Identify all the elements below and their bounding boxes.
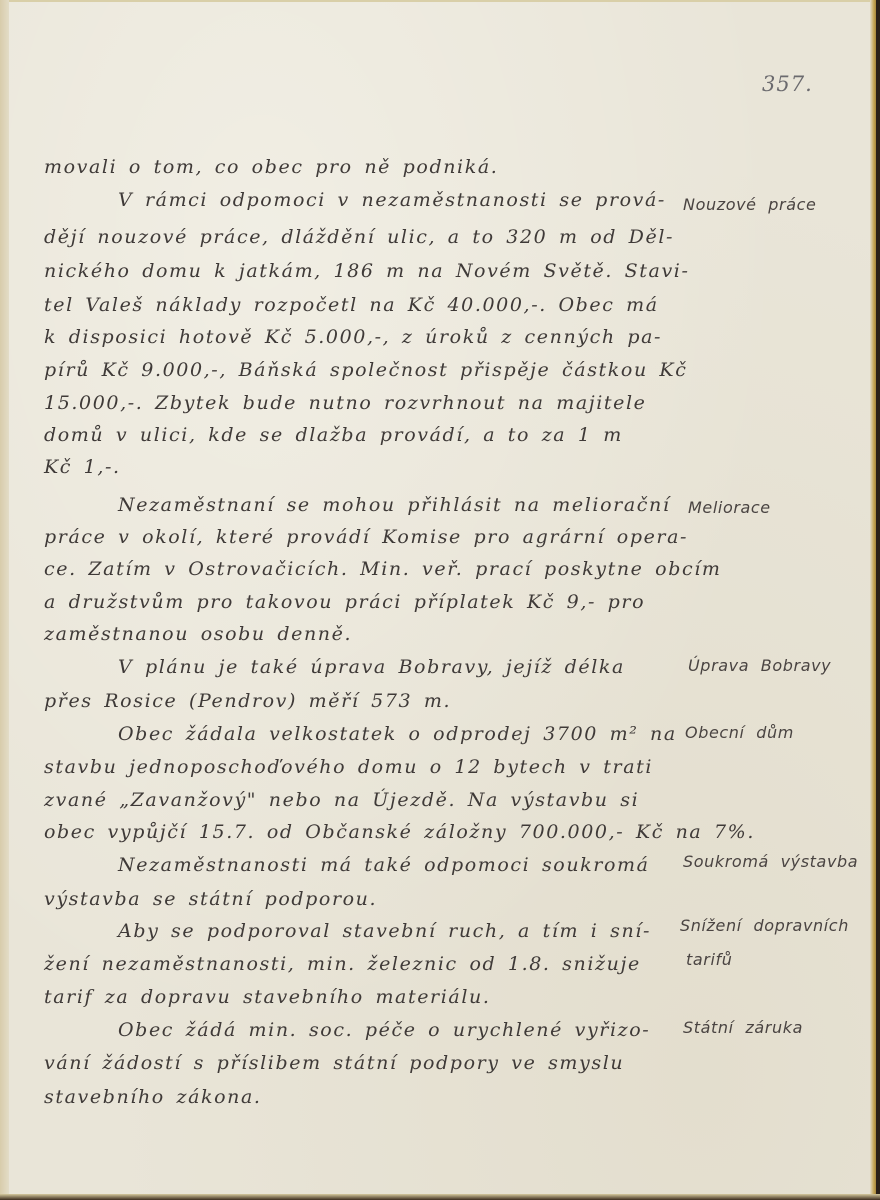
manuscript-line: nického domu k jatkám, 186 m na Novém Sv…	[44, 260, 690, 282]
manuscript-line: vání žádostí s příslibem státní podpory …	[44, 1052, 624, 1074]
page-bottom-edge	[0, 1194, 880, 1200]
manuscript-line: přes Rosice (Pendrov) měří 573 m.	[44, 690, 451, 712]
manuscript-line: zvané „Zavanžový" nebo na Újezdě. Na výs…	[44, 789, 639, 811]
manuscript-page: 357. movali o tom, co obec pro ně podnik…	[0, 0, 876, 1195]
margin-note: Obecní dům	[685, 723, 794, 742]
margin-note: Státní záruka	[683, 1018, 803, 1037]
page-left-edge	[0, 0, 9, 1195]
margin-note: Úprava Bobravy	[688, 656, 831, 675]
manuscript-line: stavbu jednoposchoďového domu o 12 bytec…	[44, 756, 653, 778]
manuscript-line: k disposici hotově Kč 5.000,-, z úroků z…	[44, 326, 662, 348]
manuscript-line: domů v ulici, kde se dlažba provádí, a t…	[44, 424, 623, 446]
manuscript-line: Aby se podporoval stavební ruch, a tím i…	[118, 920, 651, 942]
manuscript-line: Obec žádá min. soc. péče o urychlené vyř…	[118, 1019, 650, 1041]
manuscript-line: Nezaměstnaní se mohou přihlásit na melio…	[118, 494, 671, 516]
margin-note: Snížení dopravních	[680, 916, 849, 935]
manuscript-line: tarif za dopravu stavebního materiálu.	[44, 986, 491, 1008]
manuscript-line: práce v okolí, které provádí Komise pro …	[44, 526, 688, 548]
manuscript-line: movali o tom, co obec pro ně podniká.	[44, 156, 498, 178]
margin-note: Meliorace	[688, 498, 771, 517]
manuscript-line: žení nezaměstnanosti, min. železnic od 1…	[44, 953, 641, 975]
manuscript-line: zaměstnanou osobu denně.	[44, 623, 352, 645]
manuscript-line: Nezaměstnanosti má také odpomoci soukrom…	[118, 854, 650, 876]
manuscript-line: a družstvům pro takovou práci příplatek …	[44, 591, 645, 613]
manuscript-line: V plánu je také úprava Bobravy, jejíž dé…	[118, 656, 625, 678]
manuscript-line: stavebního zákona.	[44, 1086, 262, 1108]
margin-note: tarifů	[686, 950, 732, 969]
page-number: 357.	[762, 72, 813, 96]
manuscript-line: výstavba se státní podporou.	[44, 888, 377, 910]
manuscript-line: ce. Zatím v Ostrovačicích. Min. veř. pra…	[44, 558, 722, 580]
margin-note: Nouzové práce	[683, 195, 816, 214]
manuscript-line: V rámci odpomoci v nezaměstnanosti se pr…	[118, 189, 666, 211]
manuscript-line: Kč 1,-.	[44, 456, 121, 478]
margin-note: Soukromá výstavba	[683, 852, 858, 871]
manuscript-line: Obec žádala velkostatek o odprodej 3700 …	[118, 723, 677, 745]
manuscript-line: 15.000,-. Zbytek bude nutno rozvrhnout n…	[44, 392, 647, 414]
manuscript-line: dějí nouzové práce, dláždění ulic, a to …	[44, 226, 674, 248]
manuscript-line: tel Valeš náklady rozpočetl na Kč 40.000…	[44, 294, 659, 316]
page-right-edge	[870, 0, 876, 1195]
manuscript-line: pírů Kč 9.000,-, Báňská společnost přisp…	[44, 359, 687, 381]
manuscript-line: obec vypůjčí 15.7. od Občanské záložny 7…	[44, 821, 755, 843]
